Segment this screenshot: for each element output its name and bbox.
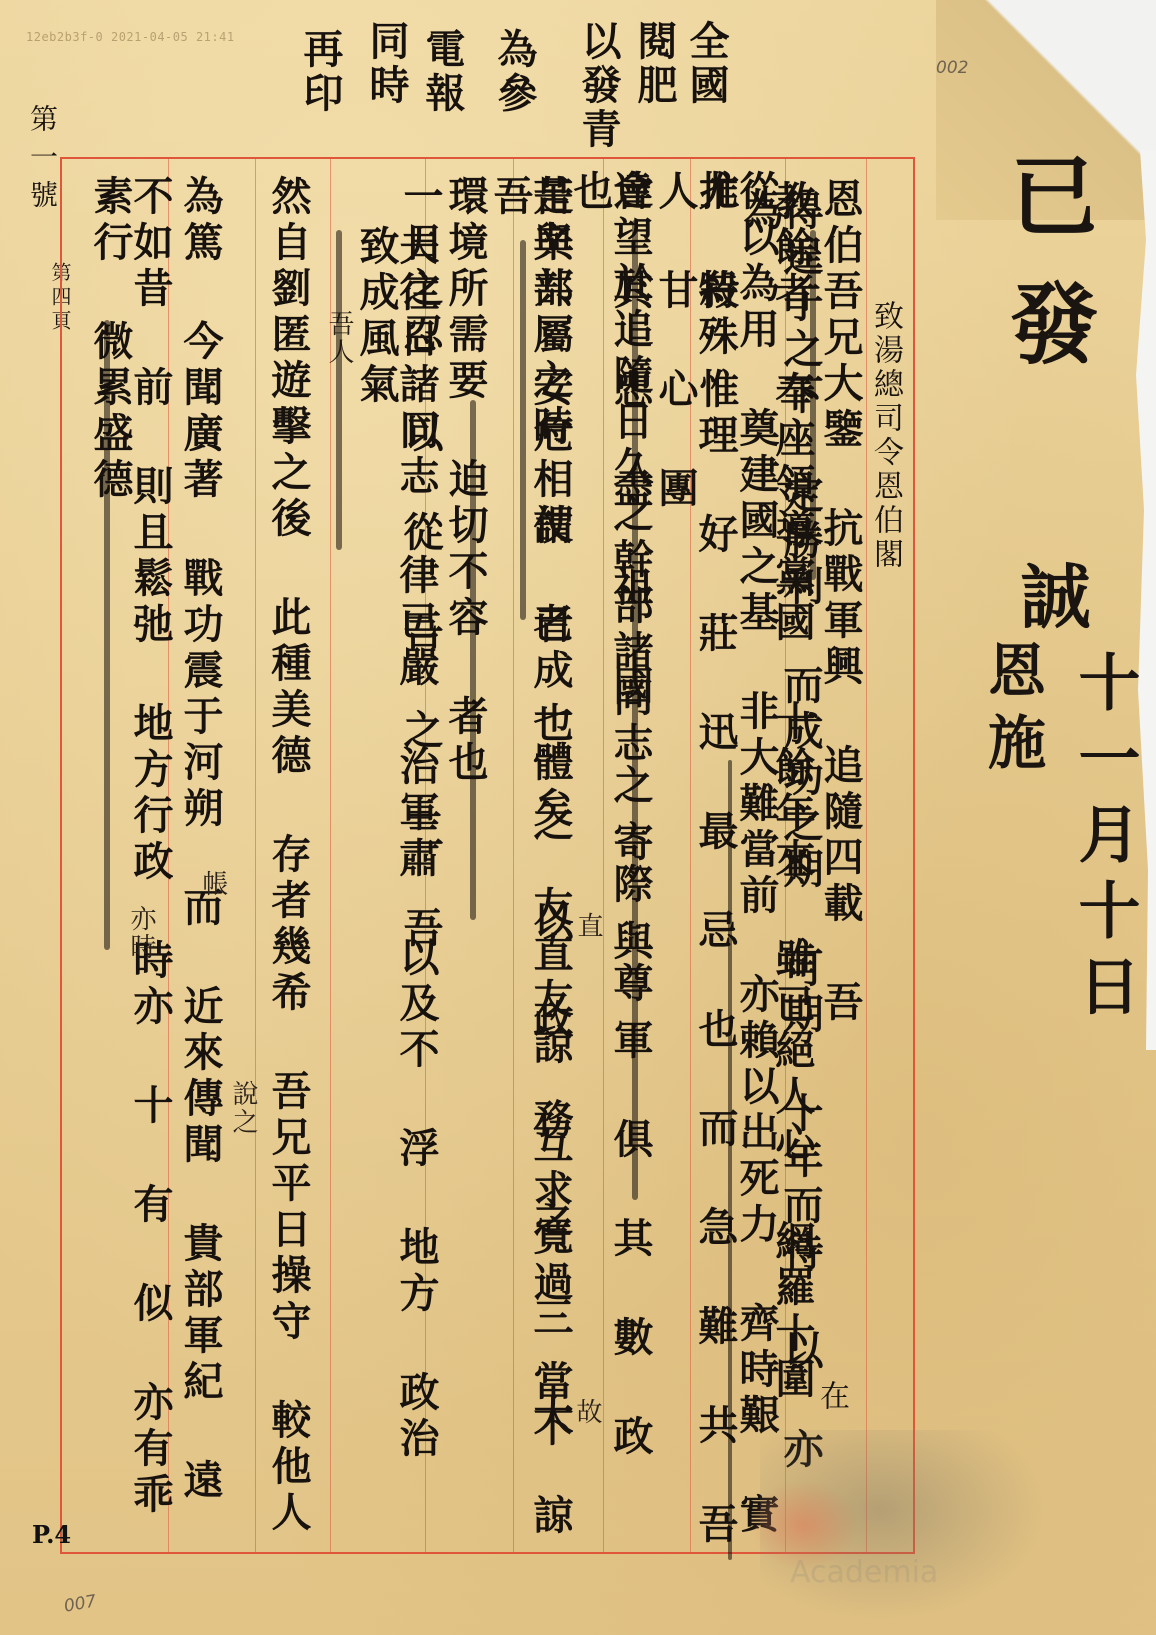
header-annotation-1: 全國 <box>686 20 726 108</box>
text-column-2: 恩伯吾兄大鑒 抗戰軍興 追隨四載 吾 <box>820 178 860 1498</box>
column-rule <box>255 157 256 1554</box>
column-rule <box>330 157 331 1554</box>
text-column-1: 致湯總司令恩伯閣 <box>870 300 900 572</box>
text-column-16: 不如昔 前 則且鬆弛 地方行政 時亦 十 有 似 亦有乖素行 微累盛德 <box>90 175 170 1545</box>
approval-mark: 誠 <box>1000 560 1101 644</box>
header-annotation-5: 電報 <box>422 28 462 116</box>
strike-stroke <box>810 230 816 580</box>
strike-stroke <box>520 240 526 620</box>
marginal-note-1: 直 <box>575 912 601 940</box>
text-column-14: 然自劉匿遊擊之後 此種美德 存者幾希 吾兄平日操守 較他人 <box>268 175 308 1545</box>
archive-number-bottom: 007 <box>63 1591 98 1616</box>
text-column-6: 尤 特殊 理 好 莊 迅 最 忌 也 而 急 難 共 吾 人 甘 心 團 <box>655 170 735 1570</box>
text-column-15-note: 說之 <box>230 1080 256 1136</box>
marginal-note-3: 帳 <box>200 870 226 898</box>
text-column-10: 是辛部屬之時 謂 者 也 之 以 政 務 之 三 大 諒 吾 <box>490 175 570 1575</box>
strike-stroke <box>470 400 476 920</box>
document-number-label: 第一號 <box>22 104 62 218</box>
signature-date: 十一月十日 <box>1060 650 1149 1030</box>
header-annotation-2: 閱肥 <box>634 20 674 108</box>
column-rule <box>866 157 867 1554</box>
header-annotation-6: 同時 <box>366 20 406 108</box>
strike-stroke <box>104 320 110 950</box>
approval-signature: 已發 <box>985 150 1111 406</box>
signature-name: 恩施 <box>970 640 1054 784</box>
scan-stamp: 12eb2b3f-0 2021-04-05 21:41 <box>26 30 235 44</box>
text-column-15: 為篤 今聞廣著 戰功震于河朔 而 近來傳聞 貴部軍紀 遠 <box>180 175 220 1545</box>
text-column-13: 夫往日諸同志 律已嚴 治軍肅 以及不 浮 地方 政治 致成風氣 <box>356 225 436 1525</box>
strike-stroke <box>336 230 342 550</box>
marginal-note-2: 故 <box>574 1398 600 1426</box>
archive-number-top: 002 <box>936 58 968 78</box>
watermark-text: Academia <box>790 1555 938 1590</box>
strike-stroke <box>728 760 732 1560</box>
text-column-11: 環境所需要 迫切不容 者也 <box>445 175 485 1075</box>
header-annotation-7: 再印 <box>300 28 340 116</box>
header-annotation-3: 以發青 <box>578 20 618 152</box>
header-annotation-4: 為參 <box>494 28 534 116</box>
text-column-16-note: 亦時 <box>128 905 154 961</box>
page-number: P.4 <box>32 1520 71 1549</box>
strike-stroke <box>632 220 638 1200</box>
